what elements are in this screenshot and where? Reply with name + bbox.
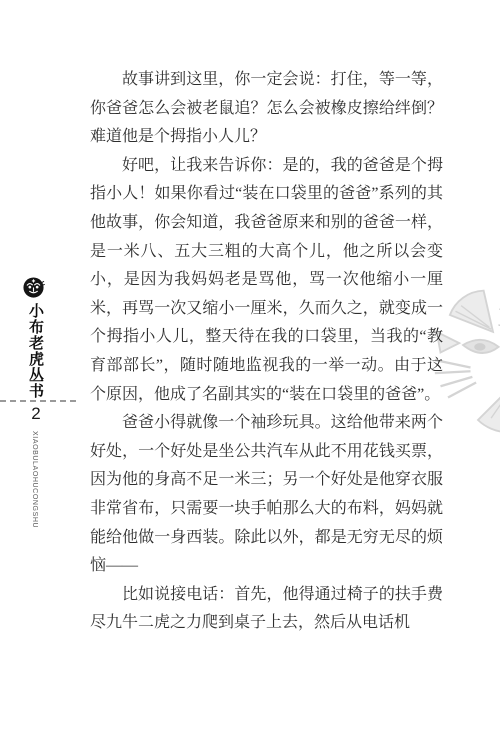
series-title-vertical: 小布老虎丛书: [20, 303, 50, 399]
paragraph: 好吧，让我来告诉你：是的，我的爸爸是个拇指小人！如果你看过“装在口袋里的爸爸”系…: [90, 152, 443, 409]
body-text: 故事讲到这里，你一定会说：打住，等一等，你爸爸怎么会被老鼠追？怎么会被橡皮擦给绊…: [90, 66, 443, 638]
paragraph: 爸爸小得就像一个袖珍玩具。这给他带来两个好处，一个好处是坐公共汽车从此不用花钱买…: [90, 409, 443, 581]
paragraph: 故事讲到这里，你一定会说：打住，等一等，你爸爸怎么会被老鼠追？怎么会被橡皮擦给绊…: [90, 66, 443, 152]
series-pinyin-vertical: XIAOBULAOHUCONGSHU: [31, 431, 38, 528]
tiger-face-logo-icon: [22, 276, 45, 299]
page-number: 2: [0, 404, 72, 424]
tiger-face-watermark-icon: 王: [433, 285, 500, 435]
book-page: { "page": { "number": "2", "series_title…: [0, 0, 500, 740]
paragraph: 比如说接电话：首先，他得通过椅子的扶手费尽九牛二虎之力爬到桌子上去，然后从电话机: [90, 581, 443, 638]
sidebar-dashed-divider: [0, 400, 76, 402]
